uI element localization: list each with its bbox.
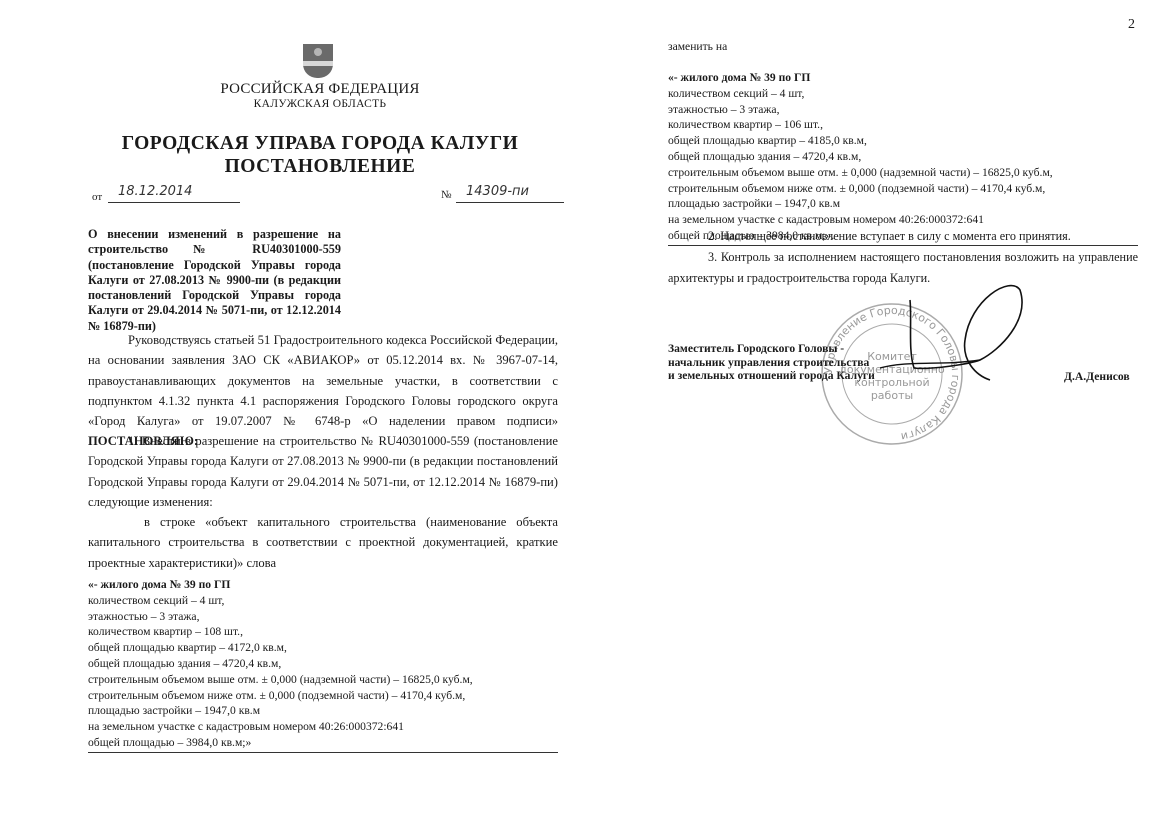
replace-with-label: заменить на [668,40,727,53]
old-spec-line: количеством квартир – 108 шт., [88,624,558,640]
handwritten-signature-icon [880,280,1030,400]
old-spec-line: площадью застройки – 1947,0 кв.м [88,703,558,719]
signer-title-line: начальник управления строительства [668,356,875,370]
signer-title-line: Заместитель Городского Головы - [668,342,875,356]
country-heading: РОССИЙСКАЯ ФЕДЕРАЦИЯ [200,81,440,98]
number-value: 14309-пи [456,184,564,203]
old-spec-line: этажностью – 3 этажа, [88,609,558,625]
page-number: 2 [1128,17,1135,33]
old-spec-line: на земельном участке с кадастровым номер… [88,719,558,735]
new-spec-line: количеством квартир – 106 шт., [668,117,1138,133]
preamble-text: Руководствуясь статьей 51 Градостроитель… [88,333,558,428]
old-spec-line: общей площадью здания – 4720,4 кв.м, [88,656,558,672]
new-spec-line: строительным объемом выше отм. ± 0,000 (… [668,165,1138,181]
old-spec-title: «- жилого дома № 39 по ГП [88,577,558,593]
organization-name: ГОРОДСКАЯ УПРАВА ГОРОДА КАЛУГИ [120,132,520,155]
old-spec-line: количеством секций – 4 шт, [88,593,558,609]
document-subject: О внесении изменений в разрешение на стр… [88,227,341,334]
coat-of-arms-icon [303,44,333,78]
item-1-detail: в строке «объект капитального строительс… [88,512,558,573]
old-spec-line: общей площадью – 3984,0 кв.м;» [88,735,558,751]
new-specification: «- жилого дома № 39 по ГП количеством се… [668,70,1138,246]
date-value: 18.12.2014 [108,184,240,203]
new-spec-line: общей площадью квартир – 4185,0 кв.м, [668,133,1138,149]
date-label: от [92,191,102,203]
item-1: 1. Внести в разрешение на строительство … [88,431,558,512]
document-type: ПОСТАНОВЛЕНИЕ [120,155,520,178]
organization-heading: ГОРОДСКАЯ УПРАВА ГОРОДА КАЛУГИ ПОСТАНОВЛ… [120,132,520,178]
old-specification: «- жилого дома № 39 по ГП количеством се… [88,577,558,753]
new-spec-line: строительным объемом ниже отм. ± 0,000 (… [668,181,1138,197]
page-1: РОССИЙСКАЯ ФЕДЕРАЦИЯ КАЛУЖСКАЯ ОБЛАСТЬ Г… [0,0,600,832]
item-2: 2. Настоящее постановление вступает в си… [668,226,1138,247]
new-spec-title: «- жилого дома № 39 по ГП [668,70,1138,86]
new-spec-line: площадью застройки – 1947,0 кв.м [668,196,1138,212]
signer-name: Д.А.Денисов [1064,370,1130,383]
region-heading: КАЛУЖСКАЯ ОБЛАСТЬ [200,98,440,110]
old-spec-line: строительным объемом выше отм. ± 0,000 (… [88,672,558,688]
old-spec-line: общей площадью квартир – 4172,0 кв.м, [88,640,558,656]
signer-title-line: и земельных отношений города Калуги [668,369,875,383]
new-spec-line: количеством секций – 4 шт, [668,86,1138,102]
new-spec-line: общей площадью здания – 4720,4 кв.м, [668,149,1138,165]
new-spec-line: этажностью – 3 этажа, [668,102,1138,118]
old-spec-line: строительным объемом ниже отм. ± 0,000 (… [88,688,558,704]
signer-title: Заместитель Городского Головы - начальни… [668,342,875,383]
number-label: № [441,189,452,201]
